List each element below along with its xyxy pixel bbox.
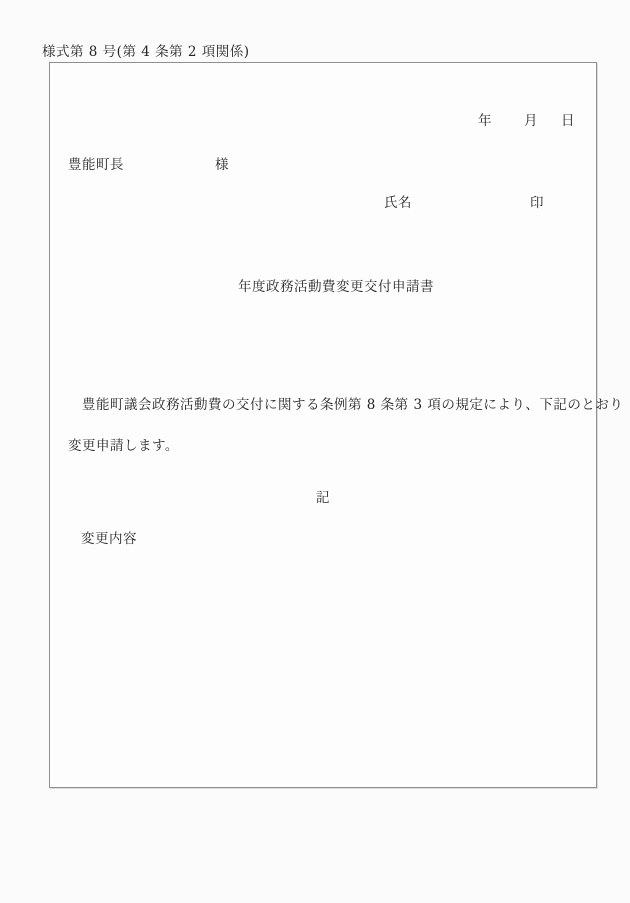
document-title: 年度政務活動費変更交付申請書 [50, 275, 596, 295]
body-line-1: 豊能町議会政務活動費の交付に関する条例第 8 条第 3 項の規定により、下記のと… [68, 385, 590, 426]
document-page: 様式第 8 号(第 4 条第 2 項関係) 年月日 豊能町長様 氏名印 年度政務… [0, 0, 630, 903]
addressee-name: 豊能町長 [68, 157, 124, 173]
change-content-label: 変更内容 [81, 527, 137, 547]
year-label: 年 [478, 113, 492, 129]
name-label: 氏名 [384, 195, 412, 211]
signature-line: 氏名印 [384, 191, 544, 211]
date-line: 年月日 [478, 109, 575, 129]
honorific-label: 様 [215, 157, 229, 173]
addressee-line: 豊能町長様 [68, 153, 229, 173]
day-label: 日 [561, 113, 575, 129]
month-label: 月 [524, 113, 538, 129]
body-paragraph: 豊能町議会政務活動費の交付に関する条例第 8 条第 3 項の規定により、下記のと… [68, 385, 590, 467]
body-line-2: 変更申請します。 [68, 426, 590, 467]
seal-label: 印 [530, 195, 544, 211]
application-frame: 年月日 豊能町長様 氏名印 年度政務活動費変更交付申請書 豊能町議会政務活動費の… [49, 62, 597, 788]
form-number-label: 様式第 8 号(第 4 条第 2 項関係) [42, 40, 250, 60]
ki-marker: 記 [50, 486, 596, 506]
